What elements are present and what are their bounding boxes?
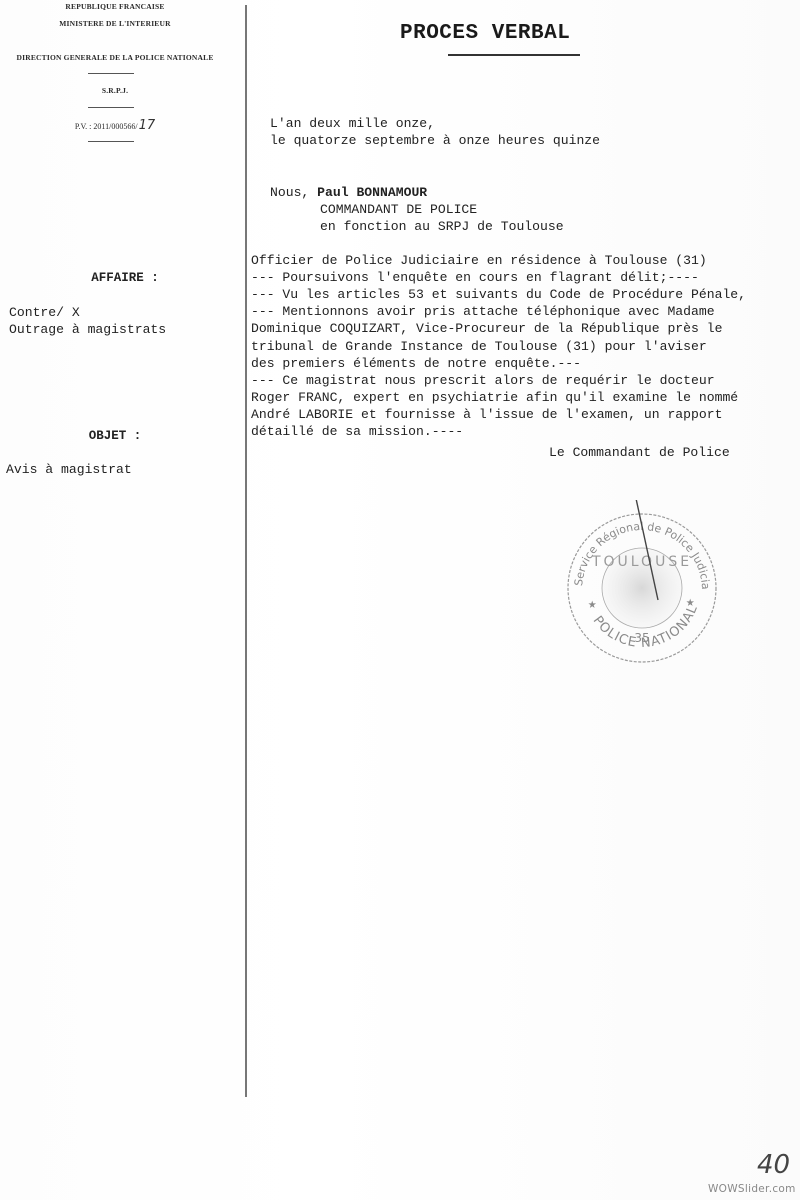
affaire-line-2: Outrage à magistrats [9, 321, 166, 338]
body-line: Dominique COQUIZART, Vice-Procureur de l… [251, 320, 722, 337]
document-title: PROCES VERBAL [400, 22, 570, 45]
body-line: tribunal de Grande Instance de Toulouse … [251, 338, 707, 355]
body-line: --- Vu les articles 53 et suivants du Co… [251, 286, 746, 303]
affaire-line-1: Contre/ X [9, 304, 80, 321]
header-rule-1 [88, 73, 134, 74]
header-republic: REPUBLIQUE FRANCAISE [0, 2, 230, 11]
body-line: détaillé de sa mission.---- [251, 423, 463, 440]
body-line: --- Ce magistrat nous prescrit alors de … [251, 372, 715, 389]
signature-label: Le Commandant de Police [549, 444, 730, 461]
stamp-star-right-icon: ★ [686, 595, 695, 611]
header-ministry: MINISTERE DE L'INTERIEUR [0, 19, 230, 28]
column-divider [245, 5, 247, 1097]
body-line: Roger FRANC, expert en psychiatrie afin … [251, 389, 738, 406]
header-direction: DIRECTION GENERALE DE LA POLICE NATIONAL… [4, 53, 226, 62]
date-line-1: L'an deux mille onze, [270, 115, 435, 132]
officer-line: Nous, Paul BONNAMOUR [270, 184, 427, 201]
officer-name: Paul BONNAMOUR [317, 185, 427, 200]
objet-value: Avis à magistrat [6, 461, 132, 478]
police-stamp: Service Régional de Police Judiciaire TO… [560, 500, 720, 665]
body-line: Officier de Police Judiciaire en résiden… [251, 252, 707, 269]
date-line-2: le quatorze septembre à onze heures quin… [270, 132, 600, 149]
stamp-city: TOULOUSE [591, 554, 692, 570]
document-page: REPUBLIQUE FRANCAISE MINISTERE DE L'INTE… [0, 0, 800, 1200]
pv-number: P.V. : 2011/000566/ [75, 122, 138, 131]
officer-prefix: Nous, [270, 185, 317, 200]
header-rule-2 [88, 107, 134, 108]
affaire-label: AFFAIRE : [5, 271, 245, 285]
pv-reference: P.V. : 2011/000566/17 [0, 118, 230, 133]
header-service: S.R.P.J. [0, 86, 230, 95]
header-rule-3 [88, 141, 134, 142]
body-line: --- Poursuivons l'enquête en cours en fl… [251, 269, 699, 286]
page-number: 40 [757, 1150, 790, 1180]
officer-assignment: en fonction au SRPJ de Toulouse [320, 218, 564, 235]
body-line: --- Mentionnons avoir pris attache télép… [251, 303, 715, 320]
officer-rank: COMMANDANT DE POLICE [320, 201, 477, 218]
title-underline [448, 54, 580, 56]
body-line: des premiers éléments de notre enquête.-… [251, 355, 581, 372]
body-line: André LABORIE et fournisse à l'issue de … [251, 406, 722, 423]
pv-handwritten-suffix: 17 [139, 118, 156, 133]
stamp-star-left-icon: ★ [588, 597, 597, 613]
objet-label: OBJET : [0, 429, 235, 443]
watermark: WOWSlider.com [708, 1183, 796, 1195]
